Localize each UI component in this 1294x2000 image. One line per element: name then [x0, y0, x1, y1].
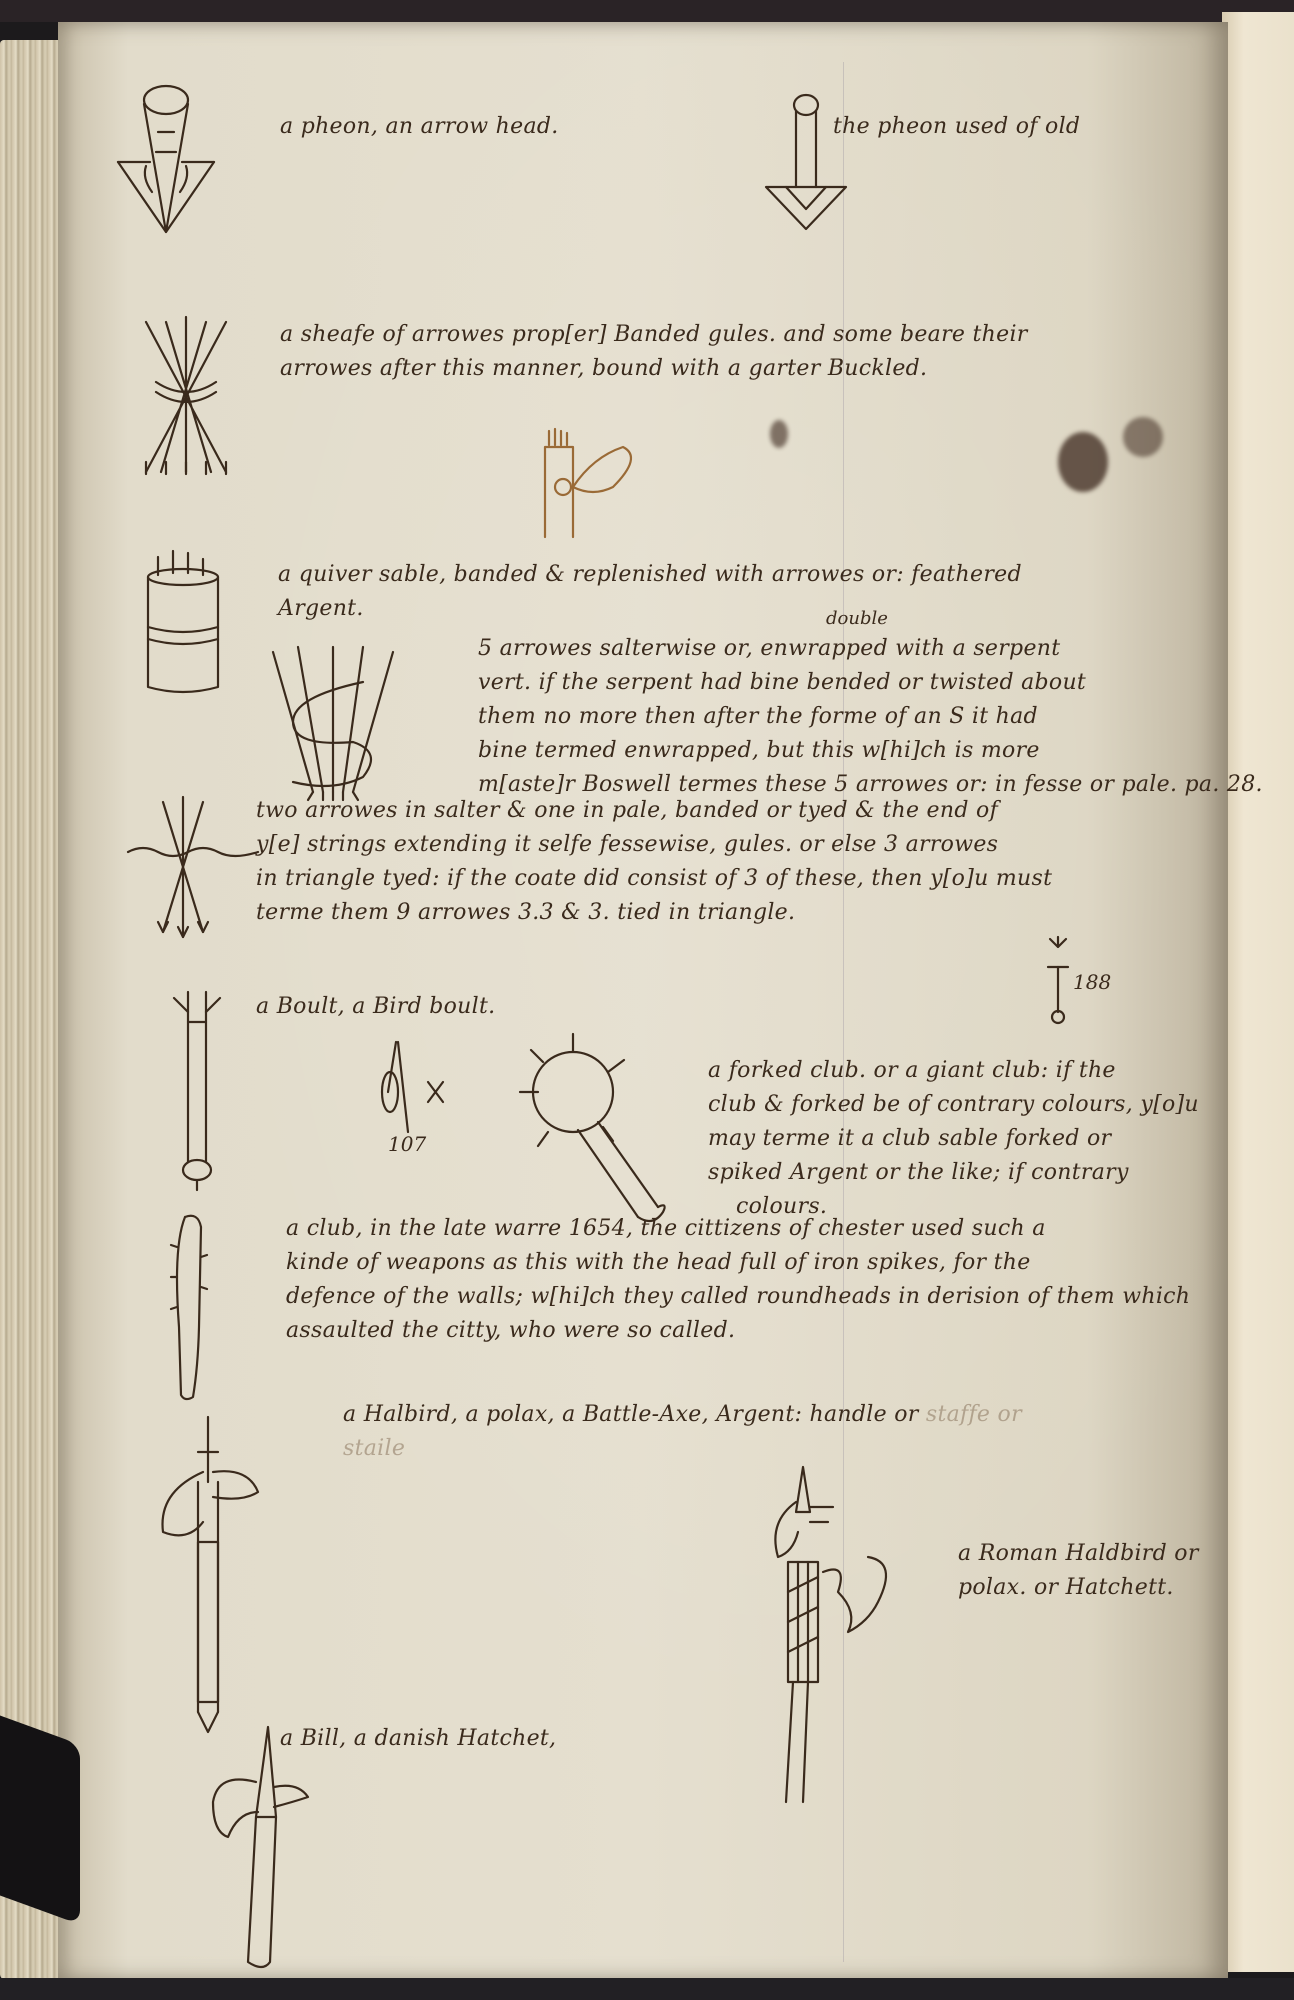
entry-halberd: a Halbird, a polax, a Battle-Axe, Argent…: [343, 1398, 1022, 1466]
pheon-drawing-icon: [88, 82, 238, 252]
marginal-number-107: 107: [388, 1132, 426, 1156]
entry-bill: a Bill, a danish Hatchet,: [280, 1722, 556, 1756]
spiked-club-drawing-icon: [163, 1207, 223, 1407]
entry-sheaf: a sheafe of arrowes prop[er] Banded gule…: [280, 318, 1028, 386]
sheaf-of-arrows-drawing-icon: [116, 312, 256, 482]
entry-club: a club, in the late warre 1654, the citt…: [286, 1212, 1190, 1348]
ink-stain: [1123, 417, 1163, 457]
page-edges-left: [0, 40, 62, 1980]
entry-roman-halberd: a Roman Haldbird or polax. or Hatchett.: [958, 1537, 1199, 1605]
bill-hatchet-drawing-icon: [208, 1722, 328, 1972]
book-clip: [0, 1715, 80, 1924]
quiver-drawing-icon: [133, 547, 233, 697]
manuscript-page: a pheon, an arrow head. the pheon used o…: [58, 22, 1228, 1980]
five-arrows-serpent-drawing-icon: [253, 642, 413, 802]
entry-two-arrows: two arrowes in salter & one in pale, ban…: [256, 794, 1052, 930]
entry-forked-club: a forked club. or a giant club: if the c…: [708, 1054, 1199, 1224]
giant-club-drawing-icon: [518, 1032, 698, 1232]
interlinear-double: double: [826, 608, 888, 629]
bird-bolt-drawing-icon: [158, 982, 238, 1192]
background-bottom: [0, 1978, 1294, 2000]
ink-stain: [770, 420, 788, 448]
entry-quiver: a quiver sable, banded & replenished wit…: [278, 558, 1022, 626]
entry-pheon-old: the pheon used of old: [833, 110, 1080, 144]
marginal-number-188: 188: [1073, 970, 1111, 994]
spiked-weapon-sketch-icon: [348, 1032, 458, 1132]
entry-pheon: a pheon, an arrow head.: [280, 110, 559, 144]
roman-halberd-drawing-icon: [748, 1462, 938, 1802]
entry-five-arrows: 5 arrowes salterwise or, enwrapped with …: [478, 632, 1263, 802]
halberd-drawing-icon: [148, 1412, 288, 1732]
entry-bolt: a Boult, a Bird boult.: [256, 990, 495, 1024]
brown-quiver-sketch-icon: [533, 427, 673, 547]
adjacent-leaf-right: [1222, 12, 1294, 1972]
background-top: [0, 0, 1294, 22]
ink-stain: [1058, 432, 1108, 492]
